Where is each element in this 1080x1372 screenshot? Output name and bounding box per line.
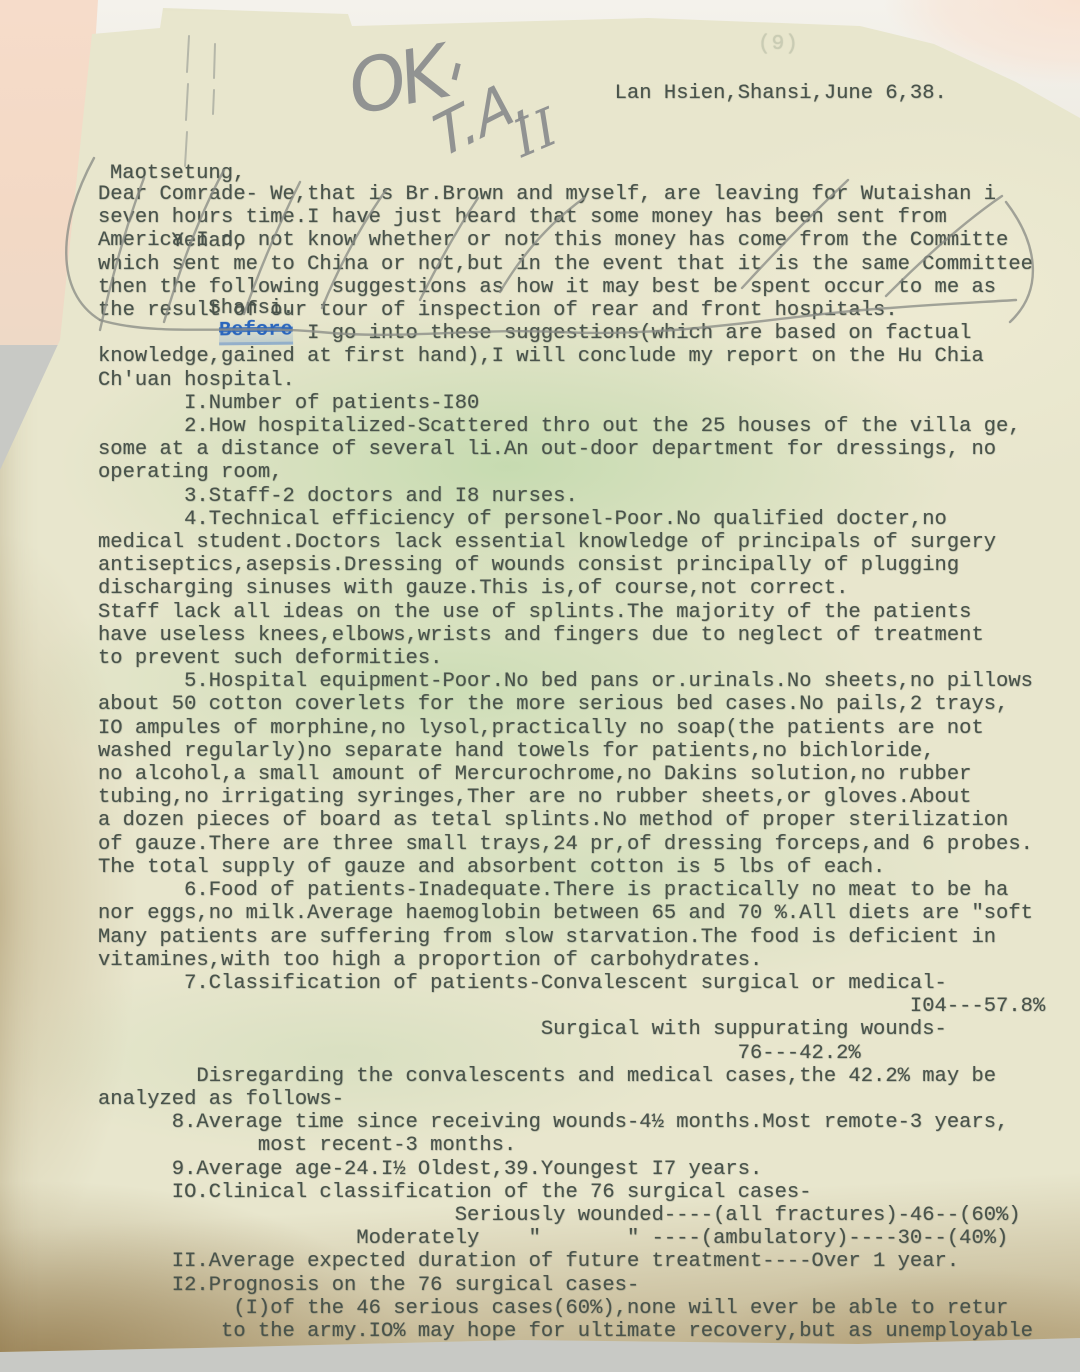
- typed-line: II.Average expected duration of future t…: [98, 1250, 1045, 1273]
- typewritten-content: Lan Hsien,Shansi,June 6,38. Maotsetung, …: [0, 0, 1080, 1372]
- page-number-mark: (9): [758, 33, 799, 56]
- typed-line: some at a distance of several li.An out-…: [98, 438, 1045, 461]
- date-line: Lan Hsien,Shansi,June 6,38.: [98, 82, 947, 105]
- typed-line: medical student.Doctors lack essential k…: [98, 531, 1045, 554]
- typed-line: The total supply of gauze and absorbent …: [98, 856, 1045, 879]
- typed-line: of gauze.There are three small trays,24 …: [98, 833, 1045, 856]
- typed-line: Staff lack all ideas on the use of splin…: [98, 601, 1045, 624]
- typed-line: knowledge,gained at first hand),I will c…: [98, 345, 1045, 368]
- typed-line: antiseptics,asepsis.Dressing of wounds c…: [98, 554, 1045, 577]
- typed-line: most recent-3 months.: [98, 1134, 1045, 1157]
- typed-line: then the following suggestions as how it…: [98, 276, 1045, 299]
- typed-line: I04---57.8%: [98, 995, 1045, 1018]
- typed-line: to the army.IO% may hope for ultimate re…: [98, 1320, 1045, 1343]
- typed-line: 8.Average time since receiving wounds-4½…: [98, 1111, 1045, 1134]
- struck-word-before: Before: [219, 319, 293, 346]
- typed-line: seven hours time.I have just heard that …: [98, 206, 1045, 229]
- typed-line: to prevent such deformities.: [98, 647, 1045, 670]
- typed-line: (I)of the 46 serious cases(60%),none wil…: [98, 1297, 1045, 1320]
- typed-line: which sent me to China or not,but in the…: [98, 253, 1045, 276]
- letter-body: Dear Comrade- We,that is Br.Brown and my…: [98, 183, 1045, 1343]
- typed-line: America.I do not know whether or not thi…: [98, 229, 1045, 252]
- typed-line: Moderately " " ----(ambulatory)----30--(…: [98, 1227, 1045, 1250]
- typed-line: Disregarding the convalescents and medic…: [98, 1065, 1045, 1088]
- typed-line: Ch'uan hospital.: [98, 369, 1045, 392]
- typed-line: I2.Prognosis on the 76 surgical cases-: [98, 1274, 1045, 1297]
- typed-line: a dozen pieces of board as tetal splints…: [98, 809, 1045, 832]
- typed-line: vitamines,with too high a proportion of …: [98, 949, 1045, 972]
- typed-line: tubing,no irrigating syringes,Ther are n…: [98, 786, 1045, 809]
- typed-line: 3.Staff-2 doctors and I8 nurses.: [98, 485, 1045, 508]
- typed-line: Many patients are suffering from slow st…: [98, 926, 1045, 949]
- typed-line: 5.Hospital equipment-Poor.No bed pans or…: [98, 670, 1045, 693]
- typed-line: 7.Classification of patients-Convalescen…: [98, 972, 1045, 995]
- typed-line: 6.Food of patients-Inadequate.There is p…: [98, 879, 1045, 902]
- typed-line: 2.How hospitalized-Scattered thro out th…: [98, 415, 1045, 438]
- typed-line: 9.Average age-24.I½ Oldest,39.Youngest I…: [98, 1158, 1045, 1181]
- scanned-letter-page: Lan Hsien,Shansi,June 6,38. Maotsetung, …: [0, 0, 1080, 1372]
- typed-line: analyzed as follows-: [98, 1088, 1045, 1111]
- typed-line: Seriously wounded----(all fractures)-46-…: [98, 1204, 1045, 1227]
- typed-line: nor eggs,no milk.Average haemoglobin bet…: [98, 902, 1045, 925]
- typed-line: operating room,: [98, 461, 1045, 484]
- typed-line: Dear Comrade- We,that is Br.Brown and my…: [98, 183, 1045, 206]
- typed-line: I.Number of patients-I80: [98, 392, 1045, 415]
- typed-line: 76---42.2%: [98, 1042, 1045, 1065]
- typed-line: Surgical with suppurating wounds-: [98, 1018, 1045, 1041]
- typed-line: have useless knees,elbows,wrists and fin…: [98, 624, 1045, 647]
- typed-line: about 50 cotton coverlets for the more s…: [98, 693, 1045, 716]
- typed-line: discharging sinuses with gauze.This is,o…: [98, 577, 1045, 600]
- typed-line: IO.Clinical classification of the 76 sur…: [98, 1181, 1045, 1204]
- typed-line: IO ampules of morphine,no lysol,practica…: [98, 717, 1045, 740]
- typed-line: no alcohol,a small amount of Mercurochro…: [98, 763, 1045, 786]
- typed-line: 4.Technical efficiency of personel-Poor.…: [98, 508, 1045, 531]
- typed-line: washed regularly)no separate hand towels…: [98, 740, 1045, 763]
